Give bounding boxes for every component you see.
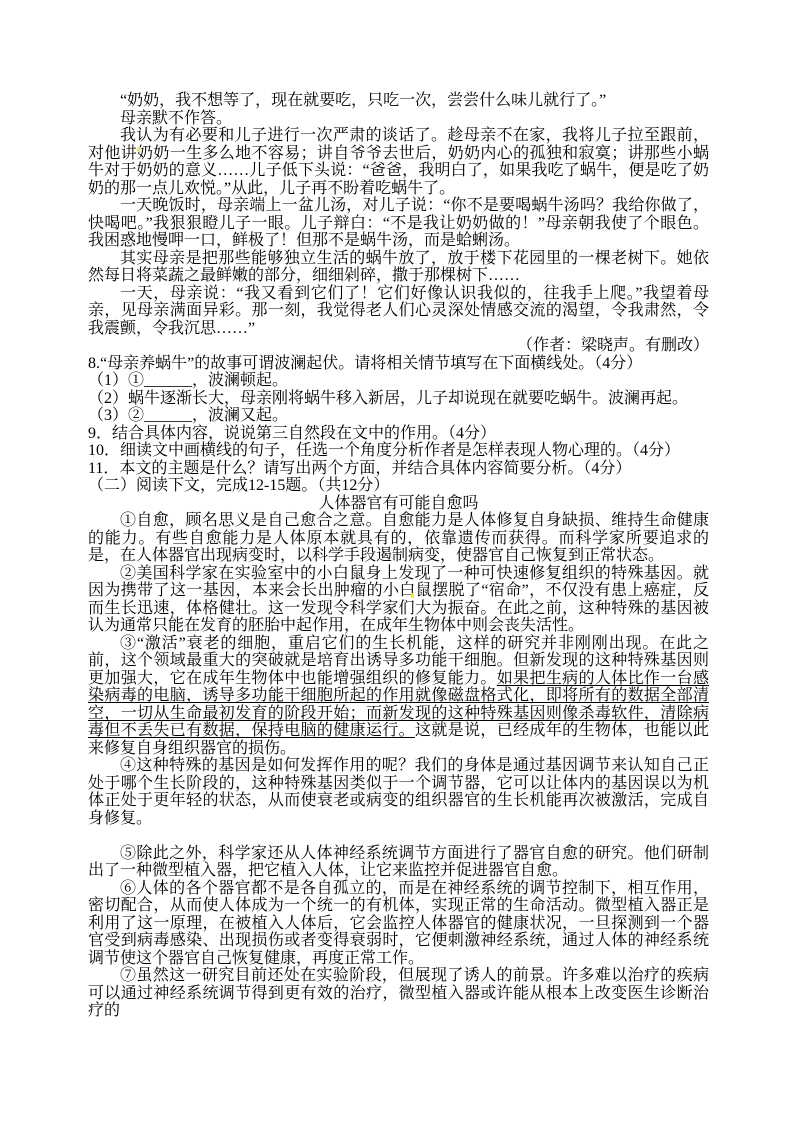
document-content: “奶奶，我不想等了，现在就要吃，只吃一次，尝尝什么味儿就行了。”母亲默不作答。我…	[88, 92, 709, 1020]
question-8-item-1: （1）①______，波澜顿起。	[88, 372, 709, 390]
passage2-paragraph-1: ①自愈，顾名思义是自己愈合之意。自愈能力是人体修复自身缺损、维持生命健康的能力。…	[88, 512, 709, 565]
passage2-paragraph-4: ④这种特殊的基因是如何发挥作用的呢？我们的身体是通过基因调节来认知自己正处于哪个…	[88, 757, 709, 827]
passage2-paragraph-2: ②美国科学家在实验室中的小白鼠身上发现了一种可快速修复组织的特殊基因。就因为携带…	[88, 565, 709, 635]
passage2-paragraph-5: ⑤除此之外，科学家还从人体神经系统调节方面进行了器官自愈的研究。他们研制出了一种…	[88, 845, 709, 880]
document-page: “奶奶，我不想等了，现在就要吃，只吃一次，尝尝什么味儿就行了。”母亲默不作答。我…	[0, 0, 794, 1123]
passage2-paragraph-6: ⑥人体的各个器官都不是各自孤立的，而是在神经系统的调节控制下，相互作用，密切配合…	[88, 880, 709, 968]
passage1-attribution: （作者：梁晓声。有删改）	[88, 337, 709, 355]
passage2-paragraph-3: ③“激活”衰老的细胞，重启它们的生长机能，这样的研究并非刚刚出现。在此之前，这个…	[88, 635, 709, 758]
question-8-item-3: （3）②______，波澜又起。	[88, 407, 709, 425]
blank-line	[88, 827, 709, 845]
passage1-paragraph: 一天，母亲说：“我又看到它们了！它们好像认识我似的，往我手上爬。”我望着母亲，见…	[88, 285, 709, 338]
passage1-dialogue-line: “奶奶，我不想等了，现在就要吃，只吃一次，尝尝什么味儿就行了。”	[88, 92, 709, 110]
question-9: 9．结合具体内容，说说第三自然段在文中的作用。（4分）	[88, 425, 709, 443]
passage1-paragraph: 其实母亲是把那些能够独立生活的蜗牛放了，放于楼下花园里的一棵老树下。她依然每日将…	[88, 250, 709, 285]
question-8-item-2: （2）蜗牛逐渐长大，母亲刚将蜗牛移入新居，儿子却说现在就要吃蜗牛。波澜再起。	[88, 390, 709, 408]
passage1-paragraph: 我认为有必要和儿子进行一次严肃的谈话了。趁母亲不在家，我将儿子拉至跟前，对他讲奶…	[88, 127, 709, 197]
question-10: 10．细读文中画横线的句子，任选一个角度分析作者是怎样表现人物心理的。（4分）	[88, 442, 709, 460]
section-2-heading: （二）阅读下文，完成12-15题。（共12分）	[88, 477, 709, 495]
passage2-paragraph-7: ⑦虽然这一研究目前还处在实验阶段，但展现了诱人的前景。许多难以治疗的疾病可以通过…	[88, 967, 709, 1020]
question-11: 11．本文的主题是什么？请写出两个方面，并结合具体内容简要分析。（4分）	[88, 460, 709, 478]
question-8: 8.“母亲养蜗牛”的故事可谓波澜起伏。请将相关情节填写在下面横线处。（4分）	[88, 355, 709, 373]
passage2-title: 人体器官有可能自愈吗	[88, 495, 709, 513]
passage1-paragraph: 母亲默不作答。	[88, 110, 709, 128]
stray-mark	[411, 593, 414, 598]
passage1-paragraph: 一天晚饭时，母亲端上一盆儿汤，对儿子说：“你不是要喝蜗牛汤吗？我给你做了，快喝吧…	[88, 197, 709, 250]
stray-mark	[137, 147, 141, 152]
